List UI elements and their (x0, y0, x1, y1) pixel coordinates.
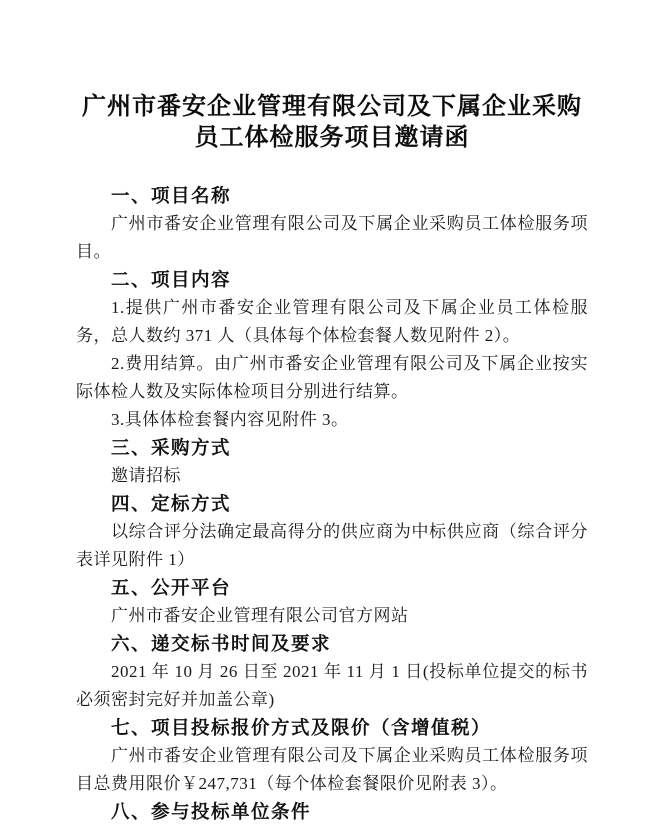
document-title-line-1: 广州市番安企业管理有限公司及下属企业采购 (76, 92, 588, 123)
section-5-paragraph-1: 广州市番安企业管理有限公司官方网站 (76, 602, 588, 630)
section-6-paragraph-1: 2021 年 10 月 26 日至 2021 年 11 月 1 日(投标单位提交… (76, 658, 588, 714)
document-title: 广州市番安企业管理有限公司及下属企业采购 员工体检服务项目邀请函 (76, 92, 588, 154)
section-6-heading: 六、递交标书时间及要求 (76, 630, 588, 658)
section-1-paragraph-1: 广州市番安企业管理有限公司及下属企业采购员工体检服务项目。 (76, 210, 588, 266)
section-7-paragraph-1: 广州市番安企业管理有限公司及下属企业采购员工体检服务项目总费用限价￥247,73… (76, 742, 588, 798)
section-1-heading: 一、项目名称 (76, 182, 588, 210)
section-5-heading: 五、公开平台 (76, 574, 588, 602)
section-8-heading: 八、参与投标单位条件 (76, 798, 588, 826)
section-4-paragraph-1: 以综合评分法确定最高得分的供应商为中标供应商（综合评分表详见附件 1） (76, 518, 588, 574)
section-3-heading: 三、采购方式 (76, 434, 588, 462)
document-page: 广州市番安企业管理有限公司及下属企业采购 员工体检服务项目邀请函 一、项目名称 … (0, 0, 663, 836)
document-title-line-2: 员工体检服务项目邀请函 (76, 123, 588, 154)
section-2-paragraph-3: 3.具体体检套餐内容见附件 3。 (76, 406, 588, 434)
section-2-paragraph-2: 2.费用结算。由广州市番安企业管理有限公司及下属企业按实际体检人数及实际体检项目… (76, 350, 588, 406)
section-3-paragraph-1: 邀请招标 (76, 462, 588, 490)
section-7-heading: 七、项目投标报价方式及限价（含增值税） (76, 714, 588, 742)
section-2-paragraph-1: 1.提供广州市番安企业管理有限公司及下属企业员工体检服务，总人数约 371 人（… (76, 294, 588, 350)
section-4-heading: 四、定标方式 (76, 490, 588, 518)
document-body: 广州市番安企业管理有限公司及下属企业采购 员工体检服务项目邀请函 一、项目名称 … (76, 92, 588, 826)
section-2-heading: 二、项目内容 (76, 266, 588, 294)
